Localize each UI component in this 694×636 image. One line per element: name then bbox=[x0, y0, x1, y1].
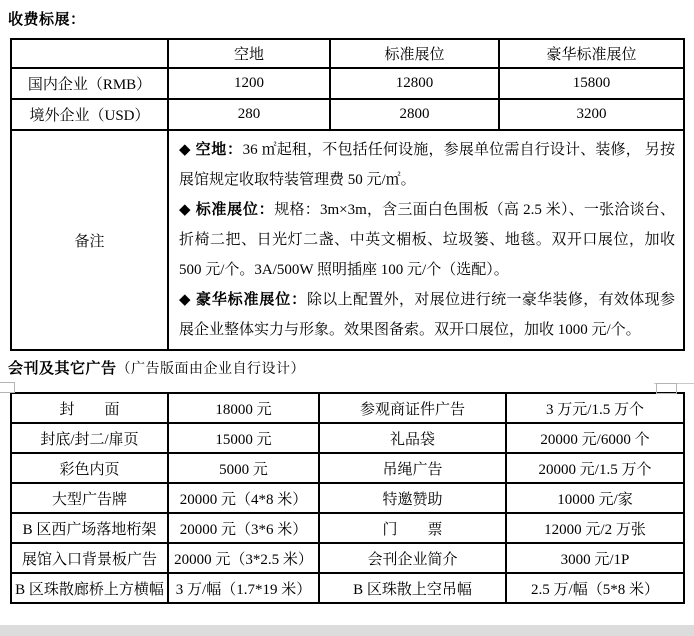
ad-price-cell: 20000 元（3*6 米） bbox=[168, 513, 319, 543]
table-row: 彩色内页 5000 元 吊绳广告 20000 元/1.5 万个 bbox=[11, 453, 684, 483]
ad-price-cell: 3 万元/1.5 万个 bbox=[506, 393, 684, 423]
ad-price-cell: 2.5 万/幅（5*8 米） bbox=[506, 573, 684, 603]
table-row: 大型广告牌 20000 元（4*8 米） 特邀赞助 10000 元/家 bbox=[11, 483, 684, 513]
ad-price-cell: 12000 元/2 万张 bbox=[506, 513, 684, 543]
remark-label-cell: 备注 bbox=[11, 130, 168, 350]
ruler-line-artifact bbox=[654, 383, 694, 384]
header-empty-cell bbox=[11, 39, 168, 68]
price-cell: 2800 bbox=[330, 99, 499, 130]
ad-item-cell: B 区西广场落地桁架 bbox=[11, 513, 168, 543]
table-row: B 区珠散廊桥上方横幅 3 万/幅（1.7*19 米） B 区珠散上空吊幅 2.… bbox=[11, 573, 684, 603]
ad-item-cell: 礼品袋 bbox=[319, 423, 506, 453]
header-standard-booth: 标准展位 bbox=[330, 39, 499, 68]
ad-price-cell: 10000 元/家 bbox=[506, 483, 684, 513]
section2-subtitle: （广告版面由企业自行设计） bbox=[117, 362, 306, 377]
ad-item-cell: B 区珠散上空吊幅 bbox=[319, 573, 506, 603]
ad-price-cell: 20000 元（4*8 米） bbox=[168, 483, 319, 513]
table-row: B 区西广场落地桁架 20000 元（3*6 米） 门 票 12000 元/2 … bbox=[11, 513, 684, 543]
remark-item-deluxe-booth: ◆ 豪华标准展位：除以上配置外，对展位进行统一豪华装修，有效体现参展企业整体实力… bbox=[179, 285, 675, 345]
ad-price-cell: 20000 元/6000 个 bbox=[506, 423, 684, 453]
ad-price-cell: 5000 元 bbox=[168, 453, 319, 483]
bullet-diamond-icon: ◆ 豪华标准展位： bbox=[179, 292, 307, 308]
ad-item-cell: 大型广告牌 bbox=[11, 483, 168, 513]
row-label-overseas: 境外企业（USD） bbox=[11, 99, 168, 130]
table-row: 空地 标准展位 豪华标准展位 bbox=[11, 39, 684, 68]
section2-title: 会刊及其它广告（广告版面由企业自行设计） bbox=[8, 357, 305, 378]
section1-title: 收费标展： bbox=[8, 8, 86, 29]
ad-price-cell: 3 万/幅（1.7*19 米） bbox=[168, 573, 319, 603]
ad-price-cell: 3000 元/1P bbox=[506, 543, 684, 573]
page-edge-band bbox=[0, 625, 694, 636]
row-label-domestic: 国内企业（RMB） bbox=[11, 68, 168, 99]
ad-item-cell: 封 面 bbox=[11, 393, 168, 423]
remark-item-standard-booth: ◆ 标准展位：规格：3m×3m，含三面白色围板（高 2.5 米）、一张洽谈台、折… bbox=[179, 195, 675, 285]
ad-item-cell: 吊绳广告 bbox=[319, 453, 506, 483]
ad-item-cell: 门 票 bbox=[319, 513, 506, 543]
price-cell: 12800 bbox=[330, 68, 499, 99]
bullet-diamond-icon: ◆ 空地： bbox=[179, 142, 243, 158]
ad-item-cell: 展馆入口背景板广告 bbox=[11, 543, 168, 573]
ad-item-cell: 特邀赞助 bbox=[319, 483, 506, 513]
ad-price-cell: 20000 元（3*2.5 米） bbox=[168, 543, 319, 573]
ad-item-cell: B 区珠散廊桥上方横幅 bbox=[11, 573, 168, 603]
price-cell: 3200 bbox=[499, 99, 684, 130]
advertising-pricing-table: 封 面 18000 元 参观商证件广告 3 万元/1.5 万个 封底/封二/扉页… bbox=[10, 392, 685, 604]
table-row: 封 面 18000 元 参观商证件广告 3 万元/1.5 万个 bbox=[11, 393, 684, 423]
remark-item-open-space: ◆ 空地：36 ㎡起租，不包括任何设施，参展单位需自行设计、装修， 另按展馆规定… bbox=[179, 135, 675, 195]
ad-price-cell: 18000 元 bbox=[168, 393, 319, 423]
ad-item-cell: 彩色内页 bbox=[11, 453, 168, 483]
table-row: 展馆入口背景板广告 20000 元（3*2.5 米） 会刊企业简介 3000 元… bbox=[11, 543, 684, 573]
ad-item-cell: 会刊企业简介 bbox=[319, 543, 506, 573]
table-row: 国内企业（RMB） 1200 12800 15800 bbox=[11, 68, 684, 99]
price-cell: 280 bbox=[168, 99, 330, 130]
remark-content-cell: ◆ 空地：36 ㎡起租，不包括任何设施，参展单位需自行设计、装修， 另按展馆规定… bbox=[168, 130, 684, 350]
booth-pricing-table: 空地 标准展位 豪华标准展位 国内企业（RMB） 1200 12800 1580… bbox=[10, 38, 685, 351]
table-row: 备注 ◆ 空地：36 ㎡起租，不包括任何设施，参展单位需自行设计、装修， 另按展… bbox=[11, 130, 684, 350]
price-cell: 1200 bbox=[168, 68, 330, 99]
price-cell: 15800 bbox=[499, 68, 684, 99]
ad-item-cell: 封底/封二/扉页 bbox=[11, 423, 168, 453]
table-row: 封底/封二/扉页 15000 元 礼品袋 20000 元/6000 个 bbox=[11, 423, 684, 453]
ad-item-cell: 参观商证件广告 bbox=[319, 393, 506, 423]
header-open-space: 空地 bbox=[168, 39, 330, 68]
table-row: 境外企业（USD） 280 2800 3200 bbox=[11, 99, 684, 130]
section2-title-main: 会刊及其它广告 bbox=[8, 361, 117, 377]
ad-price-cell: 15000 元 bbox=[168, 423, 319, 453]
bullet-diamond-icon: ◆ 标准展位： bbox=[179, 202, 274, 218]
ad-price-cell: 20000 元/1.5 万个 bbox=[506, 453, 684, 483]
header-deluxe-booth: 豪华标准展位 bbox=[499, 39, 684, 68]
